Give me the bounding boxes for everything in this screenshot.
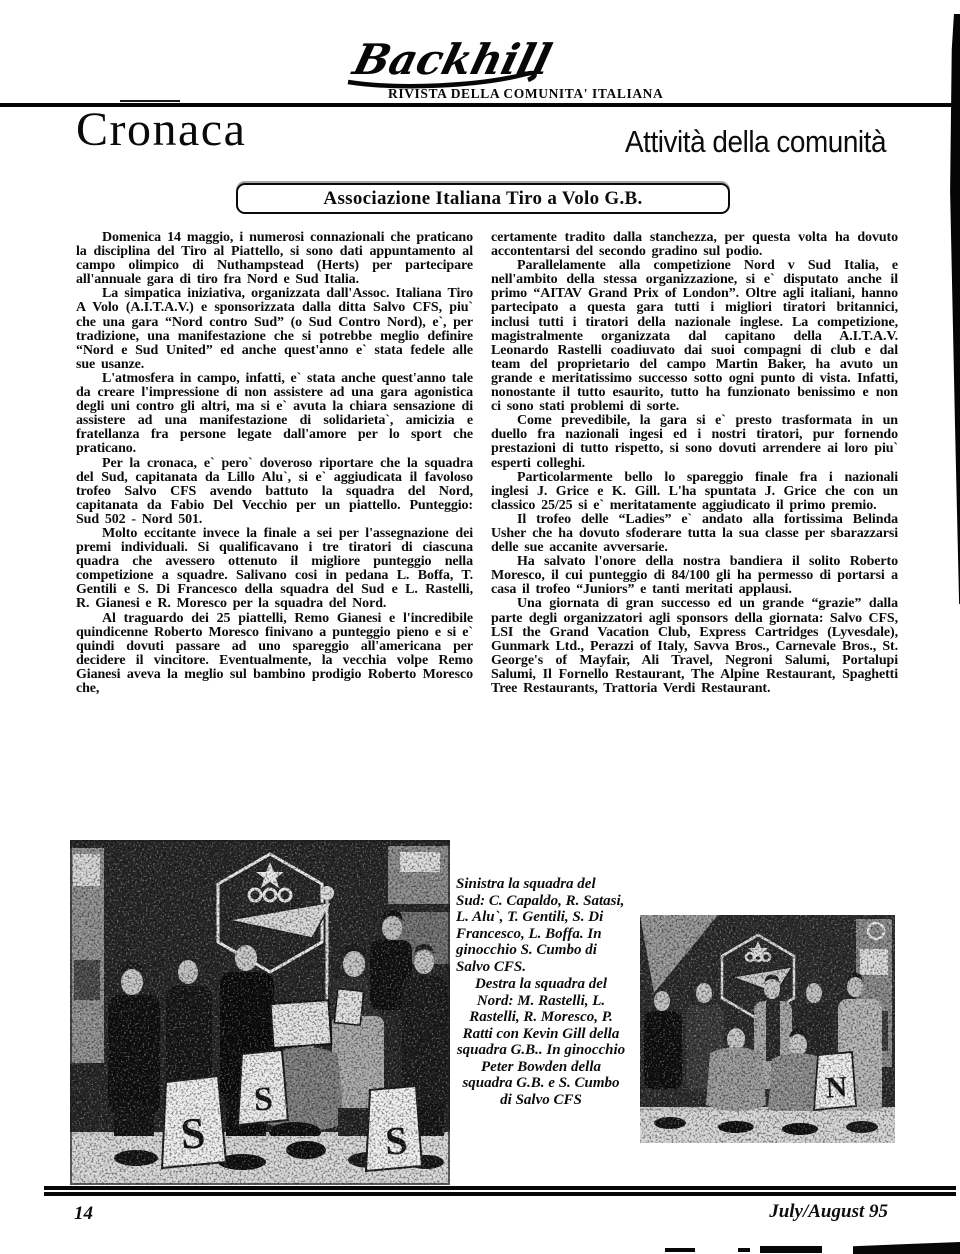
caption-south-team: Sinistra la squadra del Sud: C. Capaldo,… [456,876,626,975]
masthead-subtitle: RIVISTA DELLA COMUNITA' ITALIANA [388,86,663,102]
backhill-logo-text: Backhill [347,36,556,85]
article-paragraph: Al traguardo dei 25 piattelli, Remo Gian… [76,612,473,697]
south-team-photo: S S S [70,840,450,1185]
caption-north-team: Destra la squadra del Nord: M. Rastelli,… [456,976,626,1108]
scan-artifact-bottom-4 [853,1242,960,1254]
article-column-right: certamente tradito dalla stanchezza, per… [491,231,898,696]
article-paragraph: Il trofeo delle “Ladies” e` andato alla … [491,513,898,555]
article-paragraph: La simpatica iniziativa, organizzata dal… [76,287,473,372]
section-title: Attività della comunità [625,124,886,160]
article-paragraph: Particolarmente bello lo spareggio final… [491,471,898,513]
issue-date: July/August 95 [769,1201,888,1223]
scan-artifact-bottom-1 [665,1248,695,1252]
photo-captions: Sinistra la squadra del Sud: C. Capaldo,… [456,876,626,1108]
article-paragraph: Parallelamente alla competizione Nord v … [491,259,898,414]
article-paragraph: Molto eccitante invece la finale a sei p… [76,527,473,612]
article-paragraph: L'atmosfera in campo, infatti, e` stata … [76,372,473,457]
magazine-page: Backhill RIVISTA DELLA COMUNITA' ITALIAN… [0,0,960,1254]
article-paragraph: Ha salvato l'onore della nostra bandiera… [491,555,898,597]
page-title: Cronaca [76,102,246,157]
article-column-left: Domenica 14 maggio, i numerosi connazion… [76,231,473,696]
scan-artifact-bottom-3 [760,1246,822,1253]
page-number: 14 [74,1203,93,1225]
article-heading-box: Associazione Italiana Tiro a Volo G.B. [236,183,730,214]
article-paragraph: Domenica 14 maggio, i numerosi connazion… [76,231,473,287]
article-heading: Associazione Italiana Tiro a Volo G.B. [323,188,642,210]
footer-rule [44,1186,956,1196]
article-paragraph: Come prevedibile, la gara si e` presto t… [491,414,898,470]
north-team-photo: N [640,915,895,1143]
scan-artifact-bottom-2 [738,1248,750,1252]
article-paragraph: Una giornata di gran successo ed un gran… [491,597,898,696]
article-paragraph: Per la cronaca, e` pero` doveroso riport… [76,457,473,527]
article-paragraph: certamente tradito dalla stanchezza, per… [491,231,898,259]
